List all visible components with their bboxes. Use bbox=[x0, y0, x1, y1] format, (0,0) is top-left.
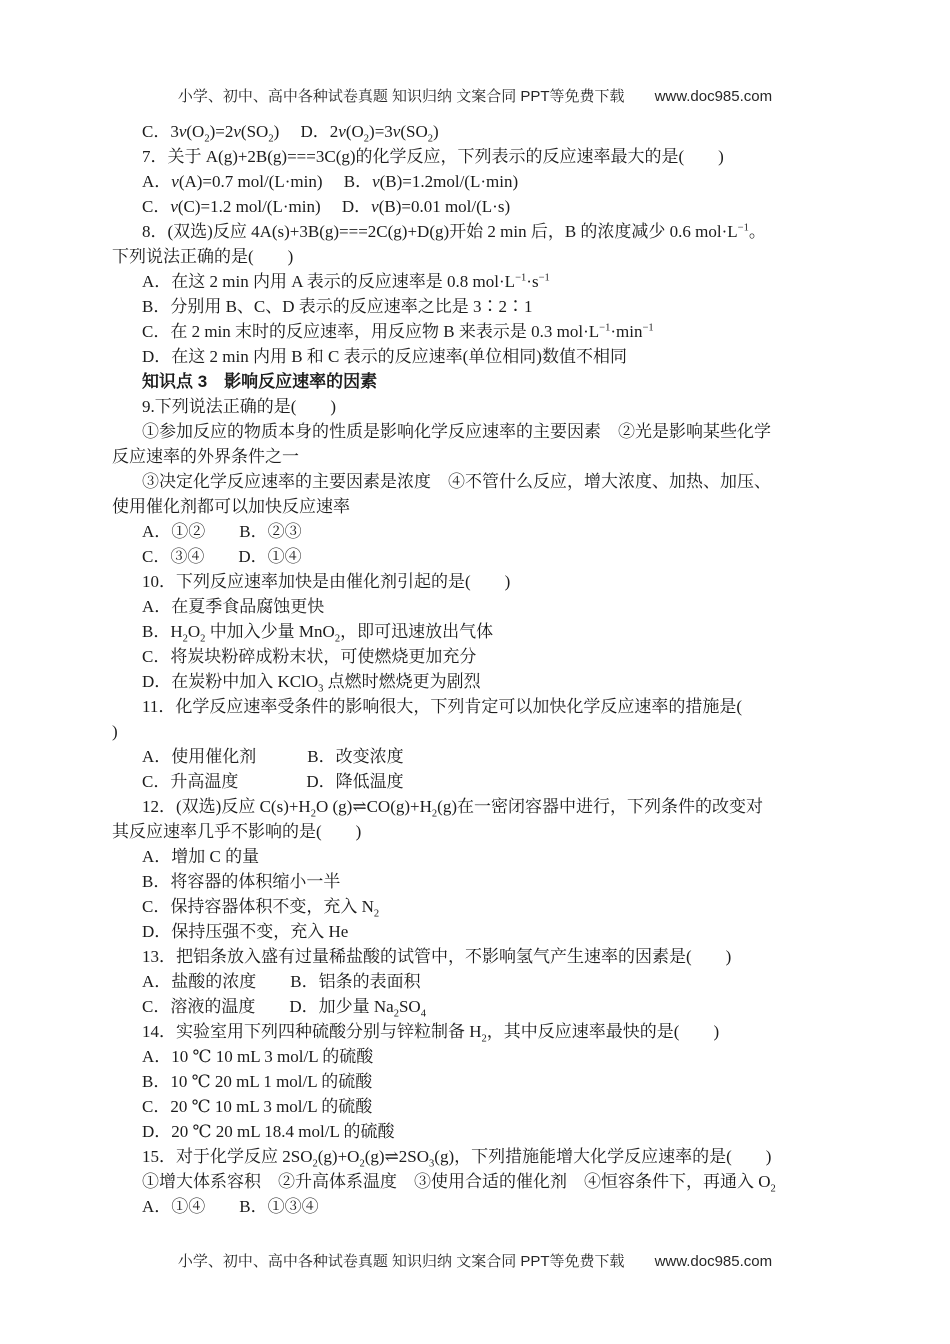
question-10-stem: 10．下列反应速率加快是由催化剂引起的是( ) bbox=[112, 569, 872, 594]
question-15-stem: 15．对于化学反应 2SO2(g)+O2(g)⇌2SO3(g)，下列措施能增大化… bbox=[112, 1144, 872, 1169]
question-12-stem-cont: 其反应速率几乎不影响的是( ) bbox=[112, 819, 872, 844]
question-10-option-b: B．H2O2 中加入少量 MnO2，即可迅速放出气体 bbox=[112, 619, 872, 644]
question-6-options-cd: C．3v(O2)=2v(SO2) D．2v(O2)=3v(SO2) bbox=[112, 119, 872, 144]
footer-text: 小学、初中、高中各种试卷真题 知识归纳 文案合同 PPT等免费下载 bbox=[178, 1253, 625, 1270]
knowledge-point-3-heading: 知识点 3 影响反应速率的因素 bbox=[112, 369, 872, 394]
question-12-option-b: B．将容器的体积缩小一半 bbox=[112, 869, 872, 894]
question-15-options-ab: A．①④ B．①③④ bbox=[112, 1194, 872, 1219]
document-page: 小学、初中、高中各种试卷真题 知识归纳 文案合同 PPT等免费下载www.doc… bbox=[0, 0, 950, 1344]
question-13-options-cd: C．溶液的温度 D．加少量 Na2SO4 bbox=[112, 994, 872, 1019]
question-12-option-a: A．增加 C 的量 bbox=[112, 844, 872, 869]
document-body: C．3v(O2)=2v(SO2) D．2v(O2)=3v(SO2)7．关于 A(… bbox=[112, 119, 872, 1219]
question-8-option-d: D．在这 2 min 内用 B 和 C 表示的反应速率(单位相同)数值不相同 bbox=[112, 344, 872, 369]
question-14-option-c: C．20 ℃ 10 mL 3 mol/L 的硫酸 bbox=[112, 1094, 872, 1119]
question-11-options-ab: A．使用催化剂 B．改变浓度 bbox=[112, 744, 872, 769]
header-text: 小学、初中、高中各种试卷真题 知识归纳 文案合同 PPT等免费下载 bbox=[178, 88, 625, 105]
question-11-stem: 11．化学反应速率受条件的影响很大，下列肯定可以加快化学反应速率的措施是( bbox=[112, 694, 872, 719]
question-9-items-cont: 反应速率的外界条件之一 bbox=[112, 444, 872, 469]
question-7-stem: 7．关于 A(g)+2B(g)===3C(g)的化学反应，下列表示的反应速率最大… bbox=[112, 144, 872, 169]
question-9-options-ab: A．①② B．②③ bbox=[112, 519, 872, 544]
question-12-option-d: D．保持压强不变，充入 He bbox=[112, 919, 872, 944]
question-8-stem-cont: 下列说法正确的是( ) bbox=[112, 244, 872, 269]
question-7-options-ab: A．v(A)=0.7 mol/(L·min) B．v(B)=1.2mol/(L·… bbox=[112, 169, 872, 194]
question-10-option-a: A．在夏季食品腐蚀更快 bbox=[112, 594, 872, 619]
question-11-options-cd: C．升高温度 D．降低温度 bbox=[112, 769, 872, 794]
question-9-stem: 9.下列说法正确的是( ) bbox=[112, 394, 872, 419]
question-7-options-cd: C．v(C)=1.2 mol/(L·min) D．v(B)=0.01 mol/(… bbox=[112, 194, 872, 219]
question-8-option-c: C．在 2 min 末时的反应速率，用反应物 B 来表示是 0.3 mol·L−… bbox=[112, 319, 872, 344]
question-15-items: ①增大体系容积 ②升高体系温度 ③使用合适的催化剂 ④恒容条件下，再通入 O2 bbox=[112, 1169, 872, 1194]
question-13-options-ab: A．盐酸的浓度 B．铝条的表面积 bbox=[112, 969, 872, 994]
question-9-items-3-4: ③决定化学反应速率的主要因素是浓度 ④不管什么反应，增大浓度、加热、加压、 bbox=[112, 469, 872, 494]
question-10-option-d: D．在炭粉中加入 KClO3 点燃时燃烧更为剧烈 bbox=[112, 669, 872, 694]
question-13-stem: 13．把铝条放入盛有过量稀盐酸的试管中，不影响氢气产生速率的因素是( ) bbox=[112, 944, 872, 969]
question-10-option-c: C．将炭块粉碎成粉末状，可使燃烧更加充分 bbox=[112, 644, 872, 669]
page-footer: 小学、初中、高中各种试卷真题 知识归纳 文案合同 PPT等免费下载www.doc… bbox=[0, 1252, 950, 1272]
question-9-options-cd: C．③④ D．①④ bbox=[112, 544, 872, 569]
footer-link[interactable]: www.doc985.com bbox=[655, 1253, 773, 1270]
question-11-stem-cont: ) bbox=[112, 719, 872, 744]
question-12-option-c: C．保持容器体积不变，充入 N2 bbox=[112, 894, 872, 919]
question-8-stem: 8．(双选)反应 4A(s)+3B(g)===2C(g)+D(g)开始 2 mi… bbox=[112, 219, 872, 244]
question-9-items-1-2: ①参加反应的物质本身的性质是影响化学反应速率的主要因素 ②光是影响某些化学 bbox=[112, 419, 872, 444]
question-9-items-cont-2: 使用催化剂都可以加快反应速率 bbox=[112, 494, 872, 519]
page-header: 小学、初中、高中各种试卷真题 知识归纳 文案合同 PPT等免费下载www.doc… bbox=[0, 87, 950, 107]
question-14-option-d: D．20 ℃ 20 mL 18.4 mol/L 的硫酸 bbox=[112, 1119, 872, 1144]
question-14-option-b: B．10 ℃ 20 mL 1 mol/L 的硫酸 bbox=[112, 1069, 872, 1094]
header-link[interactable]: www.doc985.com bbox=[655, 88, 773, 105]
question-8-option-a: A．在这 2 min 内用 A 表示的反应速率是 0.8 mol·L−1·s−1 bbox=[112, 269, 872, 294]
question-8-option-b: B．分别用 B、C、D 表示的反应速率之比是 3∶2∶1 bbox=[112, 294, 872, 319]
question-14-option-a: A．10 ℃ 10 mL 3 mol/L 的硫酸 bbox=[112, 1044, 872, 1069]
question-12-stem: 12．(双选)反应 C(s)+H2O (g)⇌CO(g)+H2(g)在一密闭容器… bbox=[112, 794, 872, 819]
question-14-stem: 14．实验室用下列四种硫酸分别与锌粒制备 H2，其中反应速率最快的是( ) bbox=[112, 1019, 872, 1044]
